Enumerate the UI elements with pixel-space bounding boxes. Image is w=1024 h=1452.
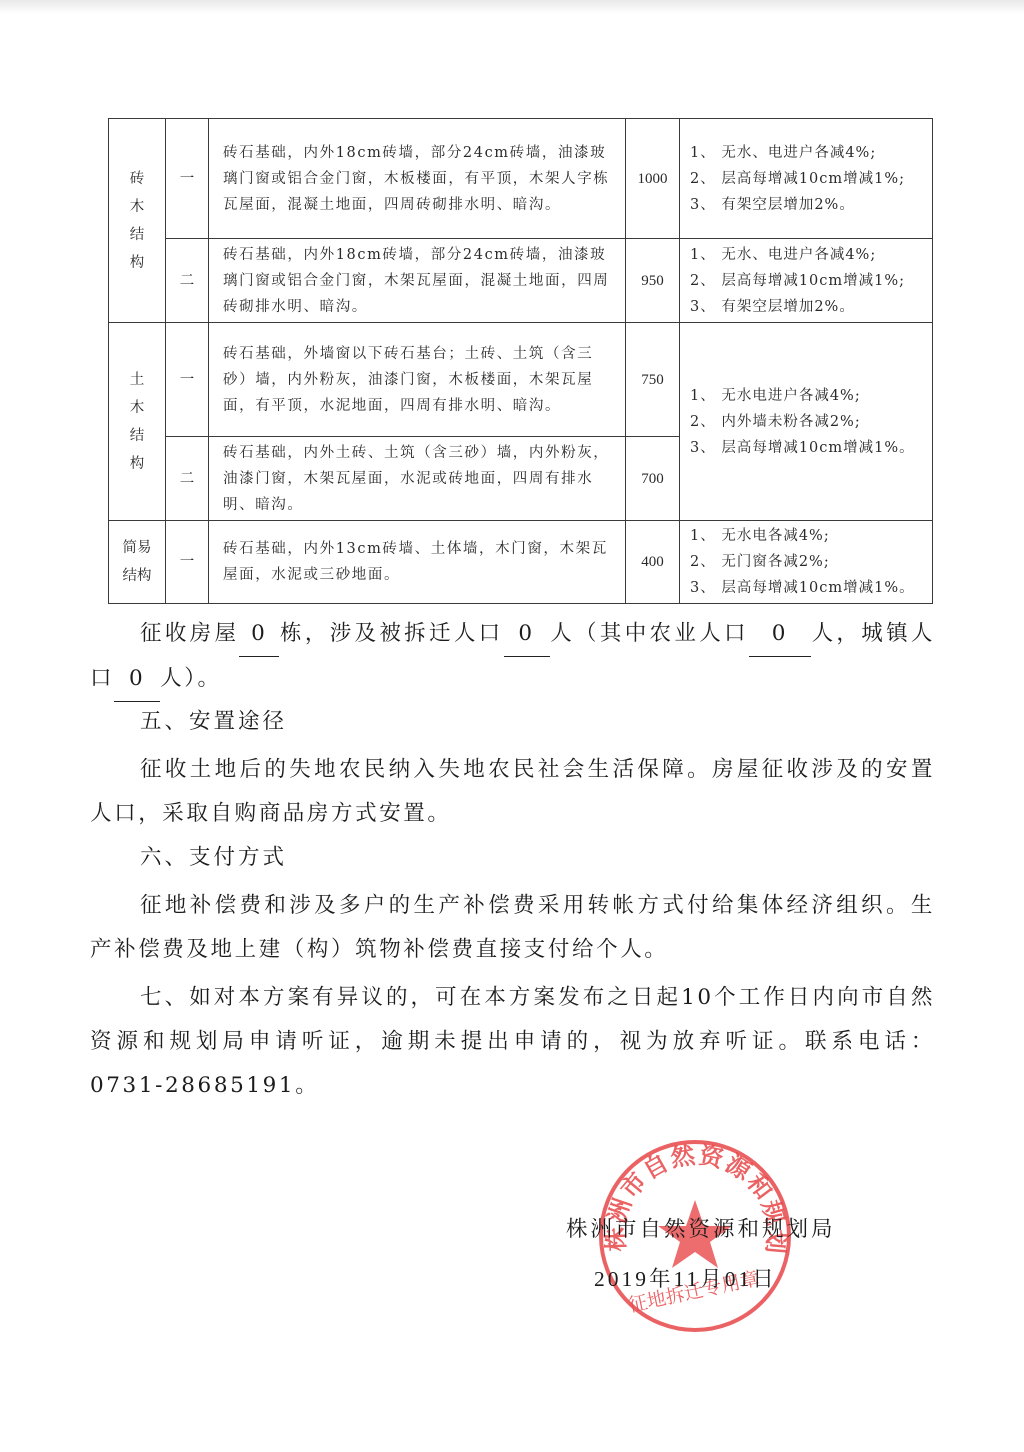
section-5-heading: 五、安置途径 (140, 704, 287, 735)
section-6-heading: 六、支付方式 (140, 840, 287, 871)
description-cell: 砖石基础，内外18cm砖墙，部分24cm砖墙，油漆玻璃门窗或铝合金门窗，木架瓦屋… (209, 239, 626, 323)
price-cell: 1000 (626, 119, 680, 239)
description-cell: 砖石基础，内外18cm砖墙，部分24cm砖墙，油漆玻璃门窗或铝合金门窗，木板楼面… (209, 119, 626, 239)
demolition-summary: 征收房屋0栋，涉及被拆迁人口0人（其中农业人口0人，城镇人口0人）。 (90, 612, 935, 702)
summary-text: 人）。 (160, 666, 222, 691)
section-5-body: 征收土地后的失地农民纳入失地农民社会生活保障。房屋征收涉及的安置人口，采取自购商… (90, 748, 935, 836)
adjustment-item: 2、 层高每增减10cm增减1%; (690, 268, 924, 294)
description-cell: 砖石基础，内外13cm砖墙、土体墙，木门窗，木架瓦屋面，水泥或三砂地面。 (209, 521, 626, 604)
description-cell: 砖石基础，内外土砖、土筑（含三砂）墙，内外粉灰，油漆门窗，木架瓦屋面，水泥或砖地… (209, 437, 626, 521)
grade-cell: 一 (166, 323, 209, 437)
relocated-people-count: 0 (504, 612, 550, 657)
table-row: 二 砖石基础，内外18cm砖墙，部分24cm砖墙，油漆玻璃门窗或铝合金门窗，木架… (109, 239, 933, 323)
structure-type-label: 砖木结构 (129, 165, 145, 277)
table-row: 砖木结构 一 砖石基础，内外18cm砖墙，部分24cm砖墙，油漆玻璃门窗或铝合金… (109, 119, 933, 239)
grade-cell: 一 (166, 521, 209, 604)
summary-text: 人（其中农业人口 (550, 621, 749, 646)
adjustment-item: 3、 有架空层增加2%。 (690, 192, 924, 218)
adjustment-item: 1、 无水、电进户各减4%; (690, 242, 924, 268)
adjustment-cell: 1、 无水电进户各减4%; 2、 内外墙未粉各减2%; 3、 层高每增减10cm… (680, 323, 933, 521)
section-7-body: 七、如对本方案有异议的，可在本方案发布之日起10个工作日内向市自然资源和规划局申… (90, 976, 935, 1108)
adjustment-cell: 1、 无水、电进户各减4%; 2、 层高每增减10cm增减1%; 3、 有架空层… (680, 239, 933, 323)
structure-type-cell: 土木结构 (109, 323, 166, 521)
structure-type-label: 土木结构 (129, 366, 145, 478)
structure-type-label: 简易结构 (120, 534, 154, 590)
adjustment-item: 3、 层高每增减10cm增减1%。 (690, 575, 924, 601)
structure-type-cell: 简易结构 (109, 521, 166, 604)
building-compensation-table: 砖木结构 一 砖石基础，内外18cm砖墙，部分24cm砖墙，油漆玻璃门窗或铝合金… (108, 118, 933, 604)
adjustment-item: 1、 无水电各减4%; (690, 523, 924, 549)
grade-cell: 二 (166, 239, 209, 323)
adjustment-item: 2、 层高每增减10cm增减1%; (690, 166, 924, 192)
houses-count: 0 (239, 612, 279, 657)
adjustment-item: 2、 内外墙未粉各减2%; (690, 409, 924, 435)
grade-cell: 一 (166, 119, 209, 239)
table-row: 土木结构 一 砖石基础，外墙窗以下砖石基台；土砖、土筑（含三砂）墙，内外粉灰，油… (109, 323, 933, 437)
table-row: 简易结构 一 砖石基础，内外13cm砖墙、土体墙，木门窗，木架瓦屋面，水泥或三砂… (109, 521, 933, 604)
section-6-body: 征地补偿费和涉及多户的生产补偿费采用转帐方式付给集体经济组织。生产补偿费及地上建… (90, 884, 935, 972)
adjustment-item: 1、 无水电进户各减4%; (690, 383, 924, 409)
agricultural-people-count: 0 (749, 612, 811, 657)
issue-date: 2019年11月01日 (594, 1262, 777, 1293)
summary-text: 栋，涉及被拆迁人口 (279, 621, 503, 646)
urban-people-count: 0 (114, 657, 160, 702)
price-cell: 400 (626, 521, 680, 604)
description-cell: 砖石基础，外墙窗以下砖石基台；土砖、土筑（含三砂）墙，内外粉灰，油漆门窗，木板楼… (209, 323, 626, 437)
adjustment-item: 1、 无水、电进户各减4%; (690, 140, 924, 166)
adjustment-item: 3、 有架空层增加2%。 (690, 294, 924, 320)
price-cell: 750 (626, 323, 680, 437)
adjustment-cell: 1、 无水、电进户各减4%; 2、 层高每增减10cm增减1%; 3、 有架空层… (680, 119, 933, 239)
price-cell: 700 (626, 437, 680, 521)
price-cell: 950 (626, 239, 680, 323)
scan-edge-shadow (0, 0, 1024, 14)
adjustment-cell: 1、 无水电各减4%; 2、 无门窗各减2%; 3、 层高每增减10cm增减1%… (680, 521, 933, 604)
adjustment-item: 3、 层高每增减10cm增减1%。 (690, 435, 924, 461)
structure-type-cell: 砖木结构 (109, 119, 166, 323)
adjustment-item: 2、 无门窗各减2%; (690, 549, 924, 575)
grade-cell: 二 (166, 437, 209, 521)
summary-text: 征收房屋 (140, 621, 239, 646)
issuing-organization: 株洲市自然资源和规划局 (566, 1212, 836, 1243)
